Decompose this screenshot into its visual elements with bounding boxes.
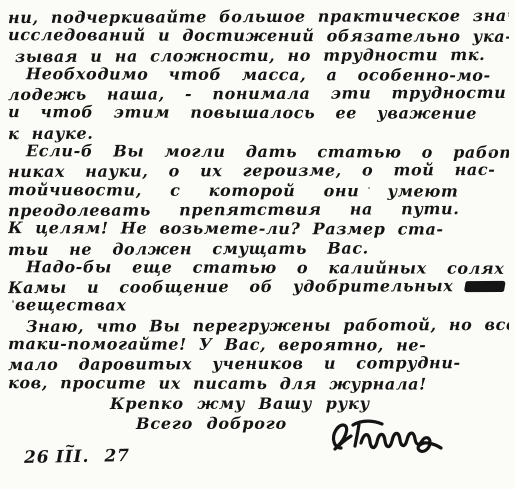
letter-line: Знаю, что Вы перегружены работой, но все…: [8, 315, 509, 336]
letter-page: ни, подчеркивайте большое практическое з…: [0, 0, 515, 489]
letter-line: и чтоб этим повышалось ее уважение: [8, 103, 509, 124]
letter-line: Если-б Вы могли дать статью о работ-: [8, 141, 509, 162]
signature-flourish-icon: [325, 412, 485, 464]
letter-line: ни, подчеркивайте большое практическое з…: [8, 6, 509, 27]
letter-line: мало даровитых учеников и сотрудни-: [8, 353, 509, 374]
letter-line: ков, просите их писать для журнала!: [8, 373, 509, 394]
paper-speck: [12, 300, 14, 303]
paper-speck: [368, 187, 370, 189]
letter-line: исследований и достижений обязательно ук…: [8, 25, 509, 46]
closing-handshake-line: Крепко жму Вашу руку: [110, 394, 509, 414]
letter-line: таки-помогайте! У Вас, вероятно, не-: [8, 334, 509, 355]
date-year: 27: [104, 446, 130, 466]
letter-line: К целям! Не возьмете-ли? Размер ста-: [8, 218, 509, 239]
letter-line: лодежь наша, - понимала эти трудности: [8, 83, 509, 104]
letter-line: Необходимо чтоб масса, а особенно-мо-: [8, 64, 509, 85]
letter-line: тойчивости, с которой они умеют: [8, 180, 509, 201]
letter-line: Надо-бы еще статью о калийных солях: [8, 257, 509, 278]
letter-date: 26III. 27: [24, 446, 130, 468]
letter-line-text: Камы и сообщение об удобрительных: [8, 276, 453, 297]
letter-line: к науке.: [8, 122, 509, 143]
letter-line: тьи не должен смущать Вас.: [8, 237, 509, 258]
letter-line: зывая и на сложности, но трудности тк.: [8, 45, 509, 66]
letter-line: никах науки, о их героизме, о той нас-: [8, 160, 509, 181]
paper-speck: [489, 150, 492, 153]
date-month-roman: III.: [56, 447, 90, 468]
letter-line: Камы и сообщение об удобрительных: [8, 276, 509, 297]
letter-line: преодолевать препятствия на пути.: [8, 199, 509, 220]
crossed-out-word: [464, 281, 506, 292]
date-day: 26: [24, 447, 50, 467]
letter-line: веществах: [8, 296, 509, 317]
signature: [325, 412, 485, 464]
